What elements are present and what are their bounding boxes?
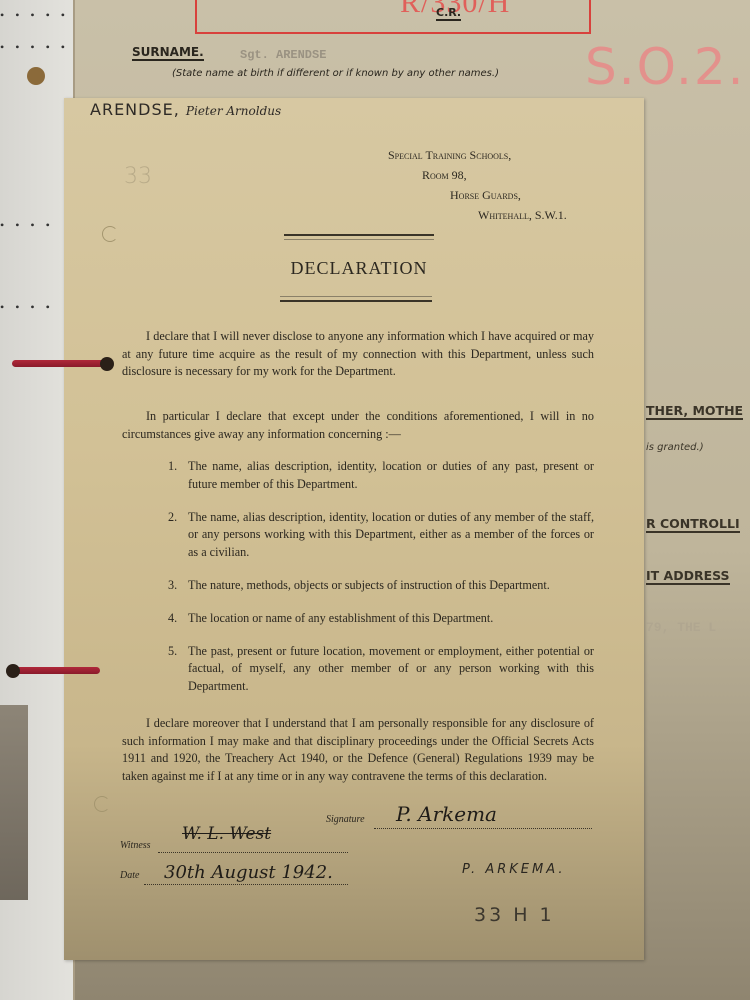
ring-mark-icon (94, 796, 110, 812)
surname-hint: (State name at birth if different or if … (172, 68, 499, 79)
cr-reference-box (195, 0, 591, 34)
list-item-text: The location or name of any establishmen… (188, 610, 594, 628)
list-item-text: The nature, methods, objects or subjects… (188, 577, 594, 595)
date-label: Date (120, 870, 139, 881)
side-heading-controller: R CONTROLLI (646, 516, 740, 533)
punch-hole-icon (27, 67, 45, 85)
dot-leader: • • • • • (0, 8, 69, 23)
list-item-number: 4. (168, 610, 188, 628)
address-line: Room 98, (388, 165, 567, 185)
tag-end-icon (100, 357, 114, 371)
side-heading-parents: THER, MOTHE (646, 403, 743, 420)
cr-label: C.R. (436, 6, 461, 21)
handwritten-number: 33 (124, 164, 152, 189)
page-title: DECLARATION (274, 258, 444, 279)
paragraph-2: In particular I declare that except unde… (122, 408, 594, 443)
photo-fragment (0, 705, 28, 900)
declaration-sheet: ARENDSE, Pieter Arnoldus 33 Special Trai… (64, 98, 644, 960)
address-line: Whitehall, S.W.1. (388, 205, 567, 225)
paragraph-3: I declare moreover that I understand tha… (122, 715, 594, 785)
signature-label: Signature (326, 814, 365, 825)
dot-leader: • • • • (0, 218, 54, 233)
handwritten-surname-text: ARENDSE, (90, 100, 180, 119)
signature-line (374, 828, 592, 829)
list-item-number: 1. (168, 458, 188, 493)
ring-mark-icon (102, 226, 118, 242)
dot-leader: • • • • • (0, 40, 69, 55)
handwritten-given-names: Pieter Arnoldus (186, 104, 281, 118)
printed-name: P. ARKEMA. (462, 862, 565, 877)
list-item-text: The name, alias description, identity, l… (188, 458, 594, 493)
date-line (144, 884, 348, 885)
list-item: 2. The name, alias description, identity… (168, 509, 594, 562)
left-index-card: • • • • • • • • • • • • • • • • • • (0, 0, 73, 1000)
list-item: 3. The nature, methods, objects or subje… (168, 577, 594, 595)
list-item: 5. The past, present or future location,… (168, 643, 594, 696)
list-item-number: 3. (168, 577, 188, 595)
witness-label: Witness (120, 840, 151, 851)
address-line: Special Training Schools, (388, 145, 567, 165)
side-note: is granted.) (646, 442, 704, 453)
treasury-tag-string-bottom (8, 667, 100, 674)
tag-end-icon (6, 664, 20, 678)
list-item-number: 5. (168, 643, 188, 696)
date-value: 30th August 1942. (164, 862, 333, 883)
title-rule-top (284, 234, 434, 240)
witness-signature: W. L. West (182, 824, 271, 844)
surname-typed-value: Sgt. ARENDSE (240, 48, 326, 62)
prohibited-info-list: 1. The name, alias description, identity… (168, 458, 594, 711)
address-line: Horse Guards, (388, 185, 567, 205)
surname-label: SURNAME. (132, 45, 204, 61)
witness-line (158, 852, 348, 853)
dot-leader: • • • • (0, 300, 54, 315)
list-item: 4. The location or name of any establish… (168, 610, 594, 628)
handwritten-surname: ARENDSE, Pieter Arnoldus (90, 100, 281, 119)
list-item: 1. The name, alias description, identity… (168, 458, 594, 493)
list-item-text: The name, alias description, identity, l… (188, 509, 594, 562)
reference-code: 33 H 1 (474, 904, 555, 926)
paragraph-1: I declare that I will never disclose to … (122, 328, 594, 381)
signature-value: P. Arkema (396, 802, 497, 826)
title-rule-bottom (280, 296, 432, 302)
side-faded-address: 79, THE L (646, 620, 716, 635)
treasury-tag-string-top (12, 360, 108, 367)
side-heading-address: IT ADDRESS (646, 568, 730, 585)
list-item-text: The past, present or future location, mo… (188, 643, 594, 696)
sender-address: Special Training Schools, Room 98, Horse… (388, 145, 567, 225)
so2-stamp: S.O.2. (585, 38, 746, 96)
list-item-number: 2. (168, 509, 188, 562)
